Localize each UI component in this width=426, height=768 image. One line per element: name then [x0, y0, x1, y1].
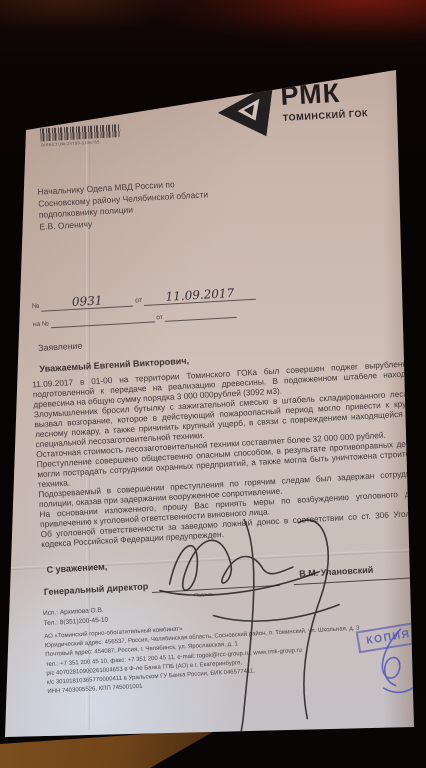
executor-phone: Тел.: 8(351)200-45-10: [43, 616, 108, 630]
reply-reference-row: на № от: [33, 310, 237, 329]
logo-company-name: РМК: [280, 78, 341, 112]
reply-number-field: [50, 314, 154, 328]
reply-number-label: на №: [33, 320, 49, 328]
handwritten-date: 11.09.2017: [165, 286, 234, 304]
executor-block: Исп.: Архипова О.В. Тел.: 8(351)200-45-1…: [43, 606, 109, 630]
reference-row: № 0931 от 11.09.2017: [31, 279, 361, 312]
signer-title: Генеральный директор: [44, 581, 149, 597]
letter-paper: DIRECTUM-24799-1136765 7 РМК ТОМИНСКИЙ Г…: [0, 0, 426, 768]
date-label: от: [135, 297, 142, 304]
director-signature-ink: [148, 512, 361, 763]
barcode: [40, 124, 121, 141]
page-indicator: Стр. 1/1: [415, 673, 426, 681]
rmk-triangle-icon: [214, 79, 279, 145]
date-field: 11.09.2017: [144, 285, 257, 306]
reply-date-field: [164, 310, 236, 322]
number-label: №: [32, 303, 40, 310]
rmk-logo: РМК ТОМИНСКИЙ ГОК: [214, 71, 387, 146]
number-field: 0931: [41, 292, 134, 312]
copy-verified-signature-ink: [366, 624, 426, 712]
letter-content: DIRECTUM-24799-1136765 7 РМК ТОМИНСКИЙ Г…: [12, 36, 426, 757]
handwritten-page-number: 7: [341, 55, 353, 72]
reply-date-label: от: [156, 314, 163, 321]
document-photo: DIRECTUM-24799-1136765 7 РМК ТОМИНСКИЙ Г…: [0, 0, 426, 768]
handwritten-number: 0931: [72, 293, 103, 309]
document-type-heading: Заявление: [38, 341, 83, 353]
closing: С уважением,: [46, 561, 107, 574]
recipient-block: Начальнику Одела МВД России по Сосновско…: [37, 177, 210, 232]
